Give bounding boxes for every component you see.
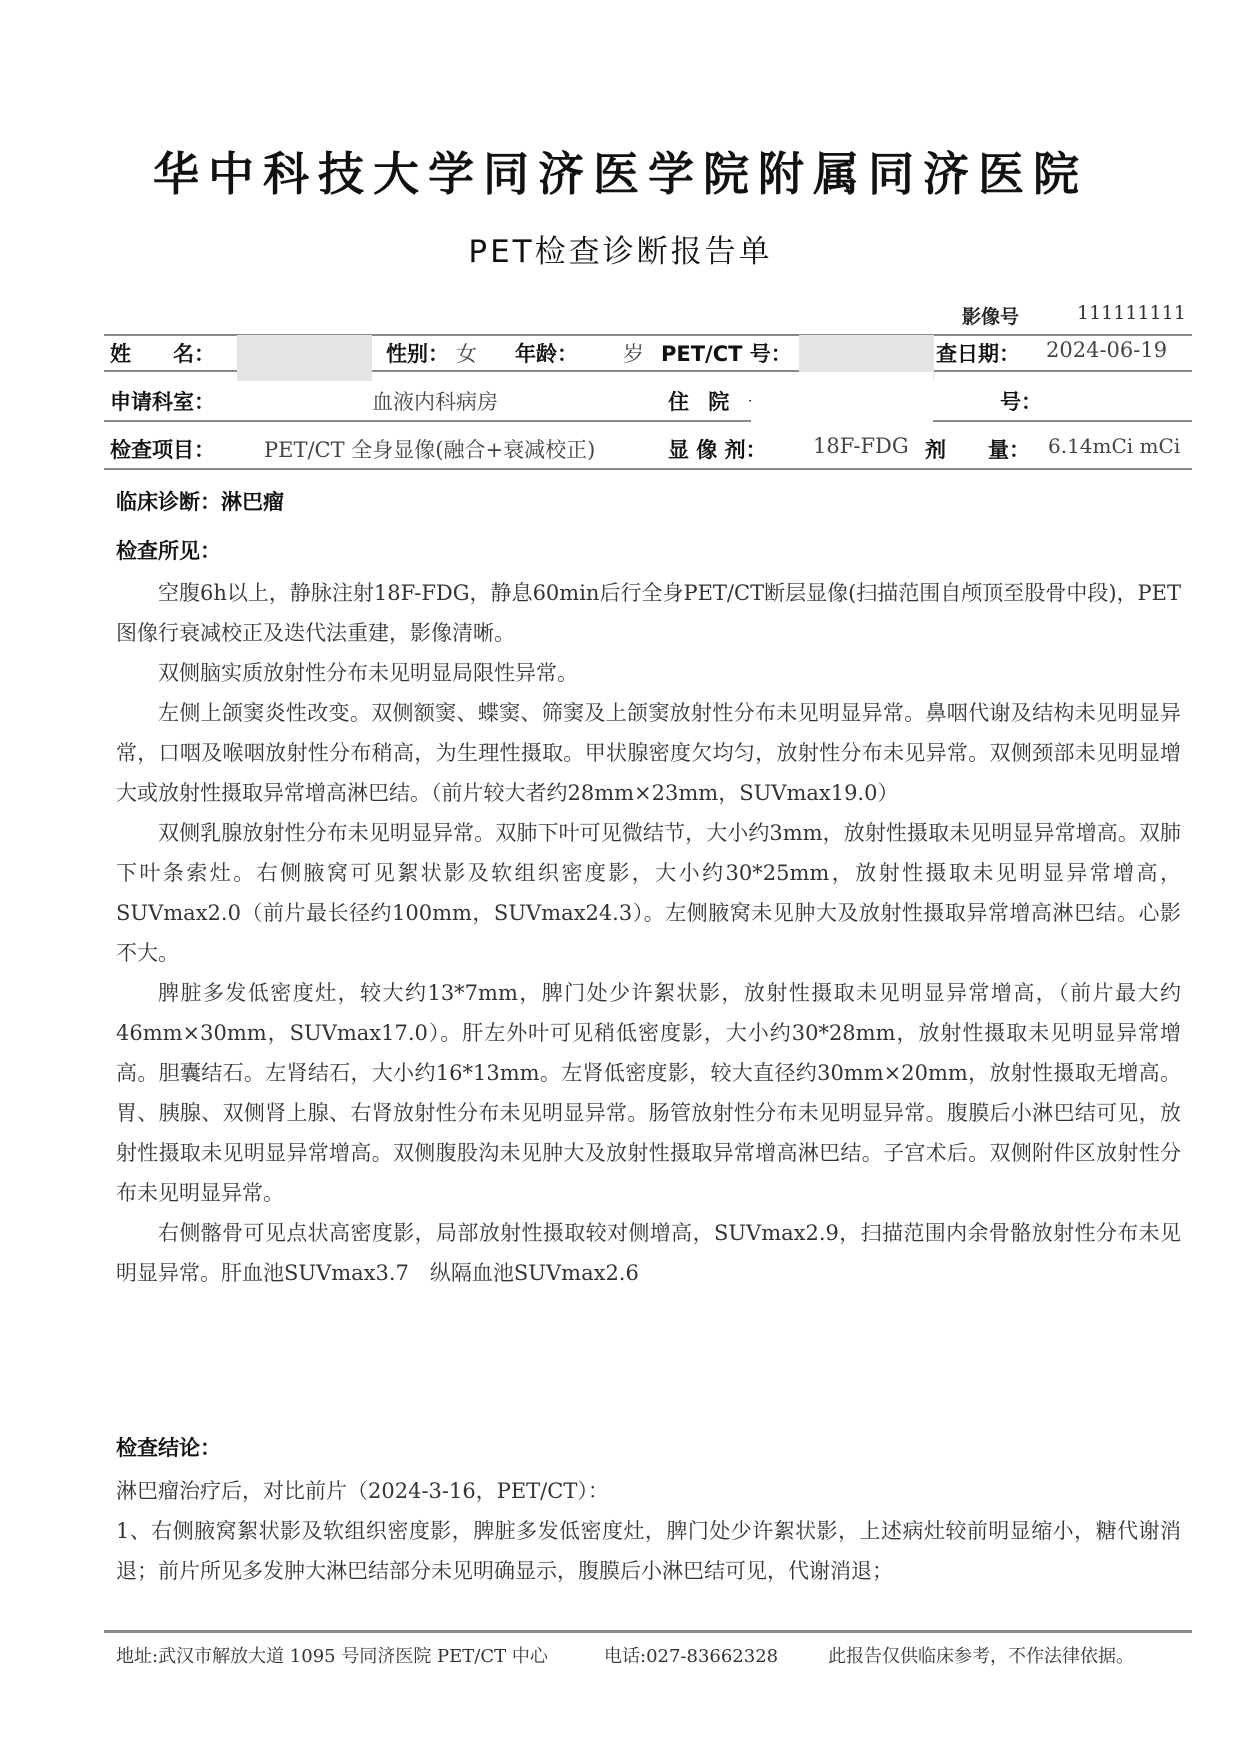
clinical-diagnosis-label: 临床诊断： (116, 490, 221, 514)
footer-address: 地址:武汉市解放大道 1095 号同济医院 PET/CT 中心 (116, 1642, 548, 1668)
footer-phone: 电话:027-83662328 (604, 1642, 778, 1668)
exam-item-value: PET/CT 全身显像(融合+衰减校正) (264, 434, 595, 464)
findings-paragraph: 双侧脑实质放射性分布未见明显局限性异常。 (116, 653, 1181, 693)
dose-value: 6.14mCi mCi (1048, 434, 1180, 458)
findings-paragraph: 空腹6h以上，静脉注射18F-FDG，静息60min后行全身PET/CT断层显像… (116, 573, 1181, 653)
findings-body: 空腹6h以上，静脉注射18F-FDG，静息60min后行全身PET/CT断层显像… (116, 573, 1181, 1293)
image-no-value: 111111111 (1077, 302, 1186, 324)
table-rule (104, 468, 1192, 470)
inpatient-no-redaction (751, 372, 933, 424)
findings-paragraph: 双侧乳腺放射性分布未见明显异常。双肺下叶可见微结节，大小约3mm，放射性摄取未见… (116, 813, 1181, 973)
exam-item-label: 检查项目： (110, 434, 215, 464)
petct-no-label: PET/CT 号： (661, 338, 792, 368)
sex-value: 女 (456, 338, 477, 368)
conclusion-line: 淋巴瘤治疗后，对比前片（2024-3-16，PET/CT）： (116, 1471, 1181, 1511)
findings-paragraph: 右侧髂骨可见点状高密度影，局部放射性摄取较对侧增高，SUVmax2.9，扫描范围… (116, 1213, 1181, 1293)
clinical-diagnosis-value: 淋巴瘤 (221, 490, 284, 514)
conclusion-heading: 检查结论： (116, 1432, 221, 1462)
dose-label: 剂 量： (925, 434, 1030, 464)
name-redaction (237, 335, 372, 381)
department-value: 血液内科病房 (372, 386, 498, 416)
table-rule (104, 420, 1192, 422)
hospital-name: 华中科技大学同济医学院附属同济医院 (0, 138, 1241, 204)
age-label: 年龄： (515, 338, 578, 368)
exam-date-label: 查日期： (936, 338, 1020, 368)
conclusion-body: 淋巴瘤治疗后，对比前片（2024-3-16，PET/CT）： 1、右侧腋窝絮状影… (116, 1471, 1181, 1591)
sex-label: 性别： (386, 338, 449, 368)
findings-paragraph: 脾脏多发低密度灶，较大约13*7mm，脾门处少许絮状影，放射性摄取未见明显异常增… (116, 973, 1181, 1213)
tracer-value: 18F-FDG (813, 434, 909, 458)
report-title: PET检查诊断报告单 (0, 226, 1241, 271)
findings-paragraph: 左侧上颌窦炎性改变。双侧额窦、蝶窦、筛窦及上颌窦放射性分布未见明显异常。鼻咽代谢… (116, 693, 1181, 813)
name-label: 姓 名： (110, 338, 215, 368)
tracer-label: 显 像 剂： (668, 434, 767, 464)
footer-rule (104, 1630, 1192, 1633)
clinical-diagnosis: 临床诊断：淋巴瘤 (116, 486, 284, 516)
conclusion-line: 1、右侧腋窝絮状影及软组织密度影，脾脏多发低密度灶，脾门处少许絮状影，上述病灶较… (116, 1511, 1181, 1591)
bed-no-label: 号： (1000, 386, 1042, 416)
age-unit: 岁 (623, 338, 644, 368)
footer-disclaimer: 此报告仅供临床参考，不作法律依据。 (828, 1642, 1134, 1668)
findings-heading: 检查所见： (116, 535, 221, 565)
department-label: 申请科室： (110, 386, 215, 416)
image-no-label: 影像号 (962, 302, 1019, 329)
exam-date-value: 2024-06-19 (1046, 338, 1167, 362)
